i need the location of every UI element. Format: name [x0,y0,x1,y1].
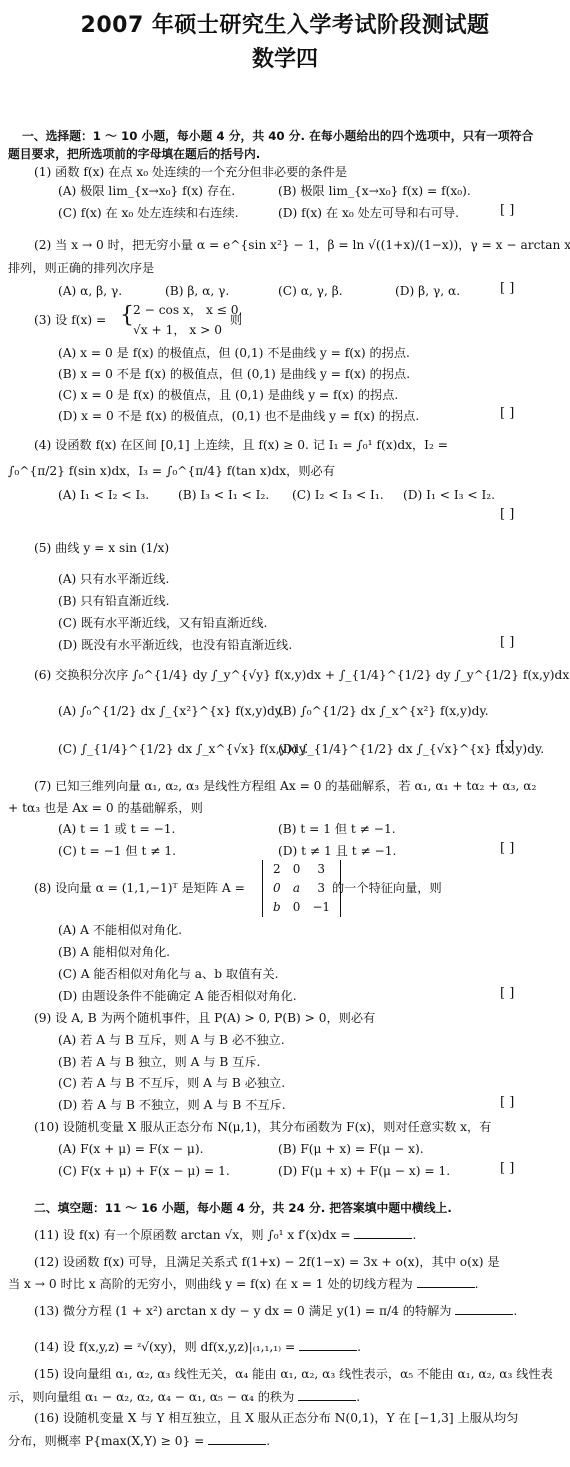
matrix-cell: −1 [306,898,336,917]
q3-option-d: (D) x = 0 不是 f(x) 的极值点，(0,1) 也不是曲线 y = f… [58,408,419,424]
q3-brace: { [120,298,134,334]
q7-stem: (7) 已知三维列向量 α₁, α₂, α₃ 是线性方程组 Ax = 0 的基础… [34,778,536,794]
q12-line-2: 当 x → 0 时比 x 高阶的无穷小，则曲线 y = f(x) 在 x = 1… [8,1275,478,1292]
q16-line-2: 分布，则概率 P{max(X,Y) ≥ 0} = . [8,1432,270,1449]
q13-stem: (13) 微分方程 (1 + x²) arctan x dy − y dx = … [34,1304,451,1318]
q10-option-c: (C) F(x + μ) + F(x − μ) = 1. [58,1163,230,1179]
section1-intro: 一、选择题：1 ～ 10 小题，每小题 4 分，共 40 分. 在每小题给出的四… [22,128,533,144]
q5-answer-bracket: [ ] [500,635,514,650]
q4-answer-bracket: [ ] [500,507,514,522]
q6-stem: (6) 交换积分次序 ∫₀^{1/4} dy ∫_y^{√y} f(x,y)dx… [34,667,570,683]
section1-intro-2: 题目要求，把所选项前的字母填在题后的括号内. [8,146,260,162]
q16-answer-blank[interactable] [208,1432,266,1445]
q12-line-1: (12) 设函数 f(x) 可导，且满足关系式 f(1+x) − 2f(1−x)… [34,1254,500,1270]
q8-option-a: (A) A 不能相似对角化. [58,922,182,938]
q13-text: (13) 微分方程 (1 + x²) arctan x dy − y dx = … [34,1302,517,1319]
q15-end: . [356,1390,360,1404]
q3-answer-bracket: [ ] [500,406,514,421]
matrix-cell: b [267,898,287,917]
matrix-cell: a [287,879,307,898]
q7-option-a: (A) t = 1 或 t = −1. [58,821,175,837]
q9-option-b: (B) 若 A 与 B 独立，则 A 与 B 互斥. [58,1054,260,1070]
q5-option-b: (B) 只有铅直渐近线. [58,593,170,609]
q4-stem-2: ∫₀^{π/2} f(sin x)dx，I₃ = ∫₀^{π/4} f(tan … [8,463,335,479]
q7-stem-2: + tα₃ 也是 Ax = 0 的基础解系，则 [8,800,203,816]
q4-option-c: (C) I₂ < I₃ < I₁. [292,487,384,503]
q12-end: . [475,1277,479,1291]
q10-option-b: (B) F(μ + x) = F(μ − x). [278,1141,424,1157]
q11-text: (11) 设 f(x) 有一个原函数 arctan √x，则 ∫₀¹ x f′(… [34,1226,416,1243]
q10-stem: (10) 设随机变量 X 服从正态分布 N(μ,1)，其分布函数为 F(x)，则… [34,1119,491,1135]
q3-option-b: (B) x = 0 不是 f(x) 的极值点，但 (0,1) 是曲线 y = f… [58,366,410,382]
q6-option-c: (C) ∫_{1/4}^{1/2} dx ∫_x^{√x} f(x,y)dy. [58,741,308,757]
q8-option-d: (D) 由题设条件不能确定 A 能否相似对角化. [58,988,297,1004]
q8-answer-bracket: [ ] [500,986,514,1001]
matrix-cell: 0 [287,860,307,879]
q11-stem: (11) 设 f(x) 有一个原函数 arctan √x，则 ∫₀¹ x f′(… [34,1228,351,1242]
q15-line-1: (15) 设向量组 α₁, α₂, α₃ 线性无关，α₄ 能由 α₁, α₂, … [34,1366,553,1382]
q3-case-2: √x + 1， x > 0 [133,322,222,338]
q7-option-d: (D) t ≠ 1 且 t ≠ −1. [278,843,396,859]
q16-end: . [266,1434,270,1448]
section2-intro: 二、填空题：11 ～ 16 小题，每小题 4 分，共 24 分. 把答案填中题中… [34,1200,452,1216]
q14-text: (14) 设 f(x,y,z) = ᶻ√(xy)，则 df(x,y,z)|₍₁,… [34,1338,361,1355]
q15-answer-blank[interactable] [298,1388,356,1401]
q8-stem: (8) 设向量 α = (1,1,−1)ᵀ 是矩阵 A = [34,880,245,896]
q6-answer-bracket: [ ] [500,739,514,754]
q2-option-b: (B) β, α, γ. [165,283,229,299]
q1-option-c: (C) f(x) 在 x₀ 处左连续和右连续. [58,205,239,221]
q9-answer-bracket: [ ] [500,1095,514,1110]
q3-stem-suffix: 则 [230,312,242,328]
q7-answer-bracket: [ ] [500,841,514,856]
exam-subtitle: 数学四 [0,42,570,73]
q8-option-b: (B) A 能相似对角化. [58,944,170,960]
q4-stem: (4) 设函数 f(x) 在区间 [0,1] 上连续，且 f(x) ≥ 0. 记… [34,437,448,453]
q11-end: . [412,1228,416,1242]
matrix-cell: 2 [267,860,287,879]
q7-option-b: (B) t = 1 但 t ≠ −1. [278,821,396,837]
q10-answer-bracket: [ ] [500,1161,514,1176]
q16-stem: 分布，则概率 P{max(X,Y) ≥ 0} = [8,1434,204,1448]
q14-end: . [357,1340,361,1354]
matrix-cell: 3 [306,860,336,879]
q12-stem: 当 x → 0 时比 x 高阶的无穷小，则曲线 y = f(x) 在 x = 1… [8,1277,413,1291]
q4-option-d: (D) I₁ < I₃ < I₂. [403,487,495,503]
q9-option-a: (A) 若 A 与 B 互斥，则 A 与 B 必不独立. [58,1032,285,1048]
q1-answer-bracket: [ ] [500,203,514,218]
matrix-cell: 0 [267,879,287,898]
q3-case-1: 2 − cos x， x ≤ 0, [133,302,242,318]
q3-stem: (3) 设 f(x) = [34,312,106,328]
q2-option-a: (A) α, β, γ. [58,283,122,299]
q8-stem-suffix: 的一个特征向量，则 [332,880,442,896]
q1-option-b: (B) 极限 lim_{x→x₀} f(x) = f(x₀). [278,183,471,199]
q2-answer-bracket: [ ] [500,281,514,296]
q9-option-c: (C) 若 A 与 B 不互斥，则 A 与 B 必独立. [58,1075,285,1091]
q16-line-1: (16) 设随机变量 X 与 Y 相互独立，且 X 服从正态分布 N(0,1)，… [34,1410,518,1426]
q2-stem: (2) 当 x → 0 时，把无穷小量 α = e^{sin x²} − 1，β… [34,237,570,253]
q4-option-a: (A) I₁ < I₂ < I₃. [58,487,149,503]
q15-stem: 示，则向量组 α₁ − α₂, α₂, α₄ − α₁, α₅ − α₄ 的秩为 [8,1390,294,1404]
q9-stem: (9) 设 A, B 为两个随机事件，且 P(A) > 0, P(B) > 0，… [34,1010,375,1026]
q8-matrix: 203 0a3 b0−1 [262,860,341,917]
q14-stem: (14) 设 f(x,y,z) = ᶻ√(xy)，则 df(x,y,z)|₍₁,… [34,1340,295,1354]
q12-answer-blank[interactable] [417,1275,475,1288]
q2-option-d: (D) β, γ, α. [395,283,460,299]
q3-option-a: (A) x = 0 是 f(x) 的极值点，但 (0,1) 不是曲线 y = f… [58,345,410,361]
q13-end: . [513,1304,517,1318]
q1-option-a: (A) 极限 lim_{x→x₀} f(x) 存在. [58,183,235,199]
q2-stem-2: 排列，则正确的排列次序是 [8,260,154,276]
q1-stem: (1) 函数 f(x) 在点 x₀ 处连续的一个充分但非必要的条件是 [34,164,347,180]
q5-option-c: (C) 既有水平渐近线，又有铅直渐近线. [58,615,267,631]
q11-answer-blank[interactable] [354,1226,412,1239]
matrix-cell: 0 [287,898,307,917]
q10-option-a: (A) F(x + μ) = F(x − μ). [58,1141,203,1157]
q1-option-d: (D) f(x) 在 x₀ 处左可导和右可导. [278,205,459,221]
q5-option-d: (D) 既没有水平渐近线，也没有铅直渐近线. [58,637,292,653]
q3-option-c: (C) x = 0 是 f(x) 的极值点，且 (0,1) 是曲线 y = f(… [58,387,398,403]
q10-option-d: (D) F(μ + x) + F(μ − x) = 1. [278,1163,450,1179]
q14-answer-blank[interactable] [299,1338,357,1351]
q2-option-c: (C) α, γ, β. [278,283,343,299]
q5-stem: (5) 曲线 y = x sin (1/x) [34,540,169,556]
q13-answer-blank[interactable] [455,1302,513,1315]
q4-option-b: (B) I₃ < I₁ < I₂. [178,487,269,503]
q8-option-c: (C) A 能否相似对角化与 a、b 取值有关. [58,966,279,982]
q9-option-d: (D) 若 A 与 B 不独立，则 A 与 B 不互斥. [58,1097,286,1113]
q5-option-a: (A) 只有水平渐近线. [58,571,169,587]
q7-option-c: (C) t = −1 但 t ≠ 1. [58,843,176,859]
q6-option-b: (B) ∫₀^{1/2} dx ∫_x^{x²} f(x,y)dy. [278,703,489,719]
exam-title: 2007 年硕士研究生入学考试阶段测试题 [0,8,570,39]
q15-line-2: 示，则向量组 α₁ − α₂, α₂, α₄ − α₁, α₅ − α₄ 的秩为… [8,1388,360,1405]
q6-option-a: (A) ∫₀^{1/2} dx ∫_{x²}^{x} f(x,y)dy. [58,703,284,719]
